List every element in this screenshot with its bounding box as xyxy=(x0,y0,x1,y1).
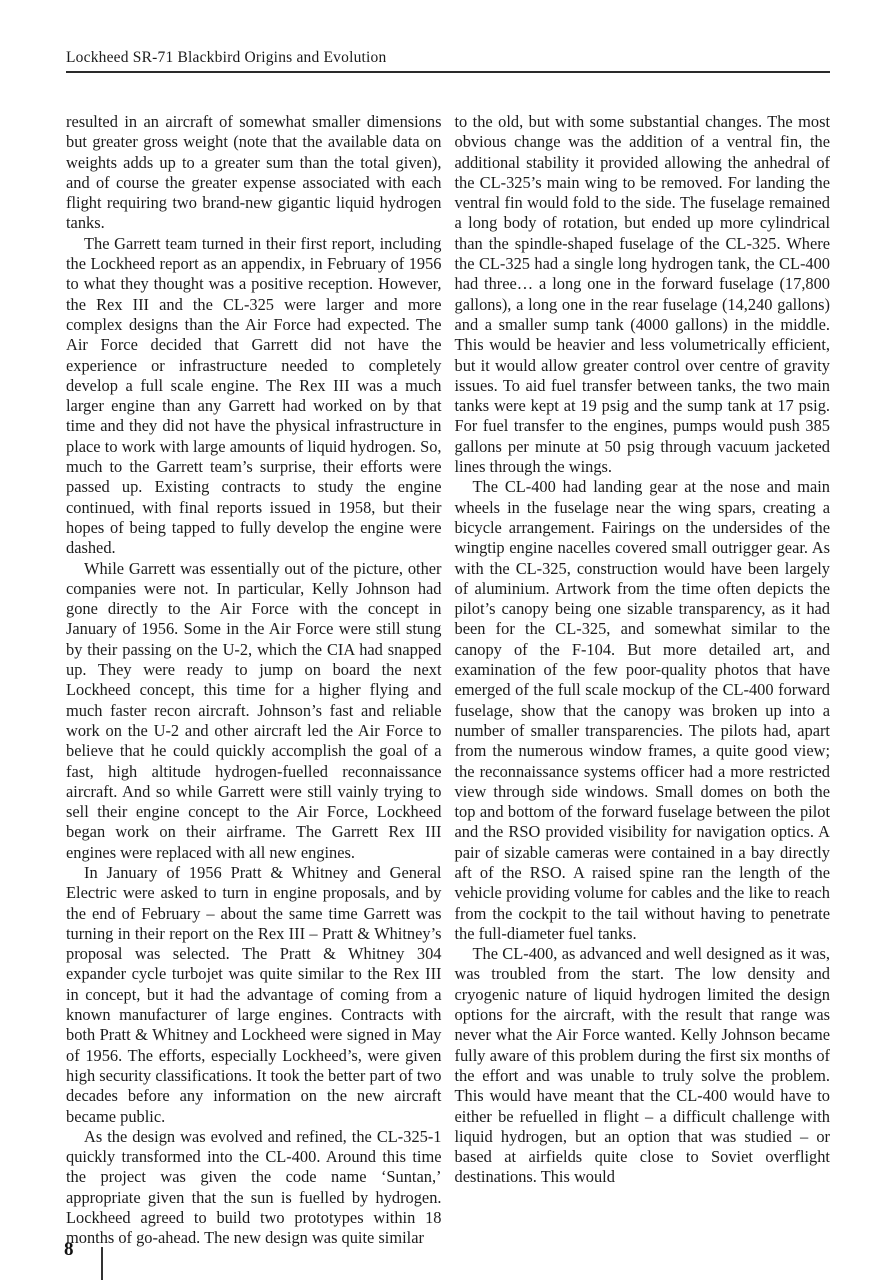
paragraph: The CL-400, as advanced and well designe… xyxy=(455,944,831,1188)
paragraph: The Garrett team turned in their first r… xyxy=(66,234,442,559)
page-number: 8 xyxy=(64,1239,74,1261)
page-number-divider-rule xyxy=(101,1247,103,1280)
running-head-title: Lockheed SR-71 Blackbird Origins and Evo… xyxy=(66,49,386,67)
paragraph: As the design was evolved and refined, t… xyxy=(66,1127,442,1249)
left-text-column: resulted in an aircraft of somewhat smal… xyxy=(66,112,442,1249)
paragraph: While Garrett was essentially out of the… xyxy=(66,559,442,863)
paragraph: resulted in an aircraft of somewhat smal… xyxy=(66,112,442,234)
right-text-column: to the old, but with some substantial ch… xyxy=(455,112,831,1249)
paragraph: In January of 1956 Pratt & Whitney and G… xyxy=(66,863,442,1127)
paragraph: The CL-400 had landing gear at the nose … xyxy=(455,477,831,944)
paragraph: to the old, but with some substantial ch… xyxy=(455,112,831,477)
book-page: Lockheed SR-71 Blackbird Origins and Evo… xyxy=(0,0,896,1280)
header-divider-rule xyxy=(66,71,830,73)
body-text-columns: resulted in an aircraft of somewhat smal… xyxy=(66,112,830,1249)
